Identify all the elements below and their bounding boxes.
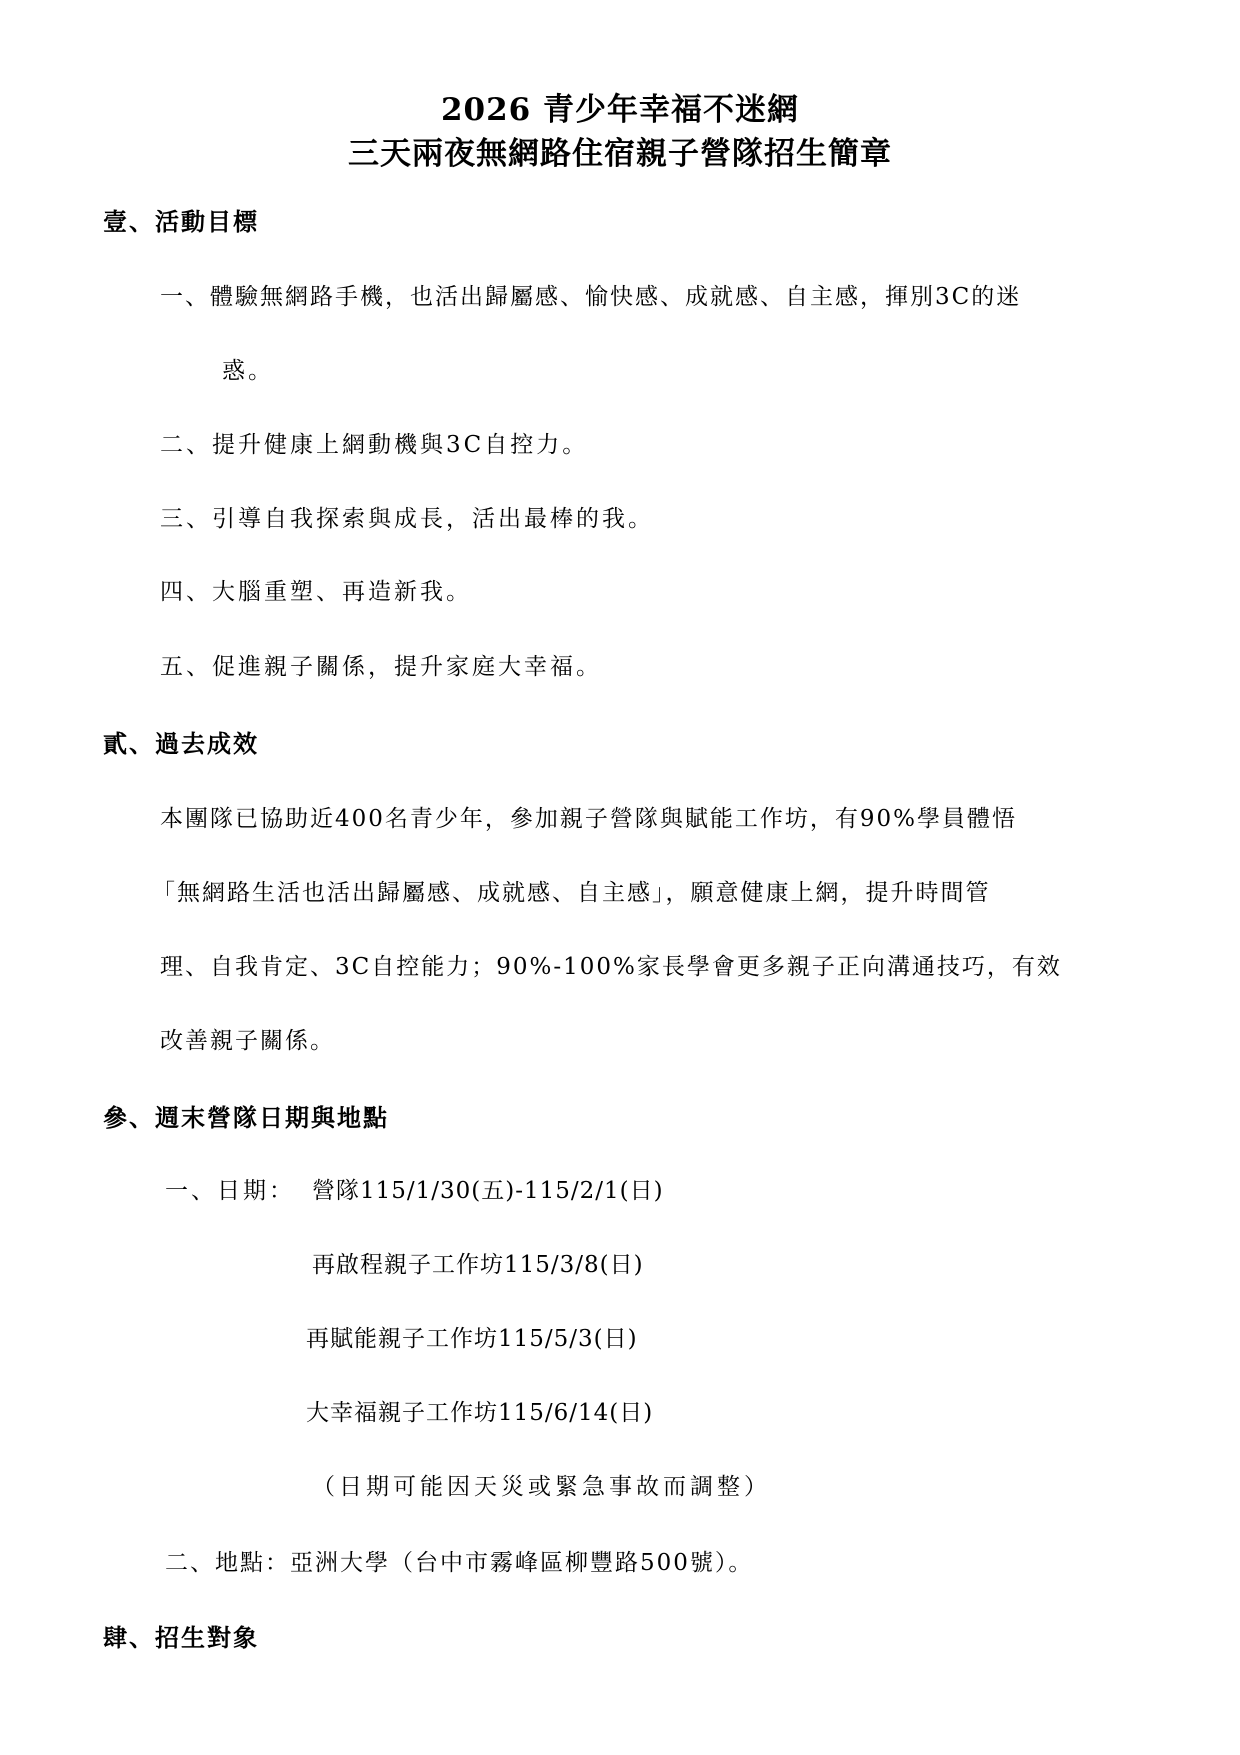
goal-item-3: 三、引導自我探索與成長，活出最棒的我。	[160, 500, 654, 533]
goal-item-5: 五、促進親子關係，提升家庭大幸福。	[160, 648, 602, 681]
section-heading-goals: 壹、活動目標	[103, 202, 259, 237]
section-heading-target-audience: 肆、招生對象	[103, 1618, 259, 1653]
goal-item-1-line2: 惑。	[222, 352, 274, 385]
goal-item-2: 二、提升健康上網動機與3C自控力。	[160, 426, 588, 459]
results-paragraph-line4: 改善親子關係。	[160, 1022, 335, 1055]
date-camp: 營隊115/1/30(五)-115/2/1(日)	[312, 1172, 664, 1205]
date-workshop-restart: 再啟程親子工作坊115/3/8(日)	[312, 1246, 644, 1279]
goal-item-1-line1: 一、體驗無網路手機，也活出歸屬感、愉快感、成就感、自主感，揮別3C的迷	[160, 278, 1021, 311]
date-workshop-empower: 再賦能親子工作坊115/5/3(日)	[306, 1320, 638, 1353]
results-paragraph-line2: 「無網路生活也活出歸屬感、成就感、自主感」，願意健康上網，提升時間管	[152, 874, 991, 907]
goal-item-4: 四、大腦重塑、再造新我。	[160, 573, 472, 606]
section-heading-dates-location: 參、週末營隊日期與地點	[103, 1098, 389, 1133]
date-adjustment-note: （日期可能因天災或緊急事故而調整）	[312, 1468, 771, 1501]
results-paragraph-line1: 本團隊已協助近400名青少年，參加親子營隊與賦能工作坊，有90%學員體悟	[160, 800, 1017, 833]
document-title-line1: 2026 青少年幸福不迷網	[0, 84, 1240, 129]
section-heading-results: 貳、過去成效	[103, 724, 259, 759]
dates-label: 一、日期：	[165, 1172, 295, 1205]
document-title-line2: 三天兩夜無網路住宿親子營隊招生簡章	[0, 128, 1240, 173]
results-paragraph-line3: 理、自我肯定、3C自控能力；90%-100%家長學會更多親子正向溝通技巧，有效	[160, 948, 1062, 981]
date-workshop-happiness: 大幸福親子工作坊115/6/14(日)	[306, 1394, 653, 1427]
location-text: 二、地點：亞洲大學（台中市霧峰區柳豐路500號）。	[165, 1544, 753, 1577]
